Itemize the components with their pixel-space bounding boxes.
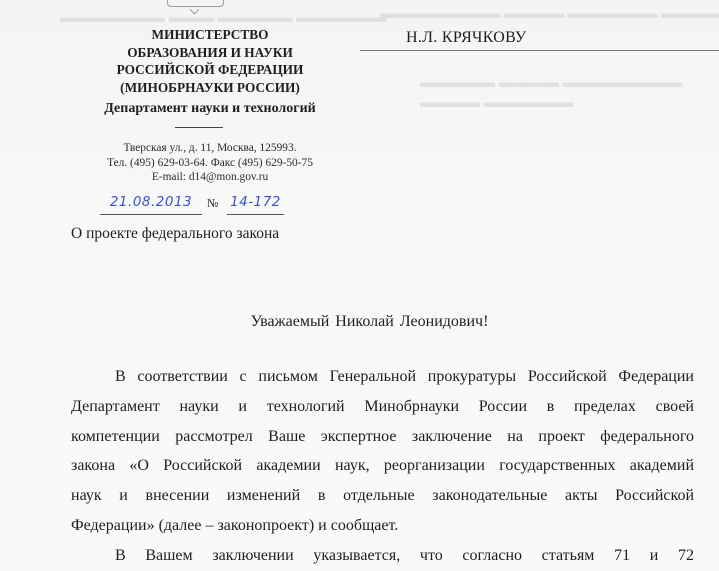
recipient-name: Н.Л. КРЯЧКОВУ (406, 29, 526, 47)
bleed-through-text: ▬▬▬▬▬▬ ▬▬▬▬ (420, 95, 574, 112)
salutation: Уважаемый Николай Леонидович! (0, 313, 719, 331)
registration-number: 14-172 (227, 192, 284, 215)
address-line: Тверская ул., д. 11, Москва, 125993. (60, 141, 360, 156)
document-page: ▬▬▬▬ ▬▬▬▬▬▬ ▬▬▬▬ ▬▬▬▬▬▬▬▬ ▬▬▬▬▬▬ ▬▬▬▬▬ ▬… (0, 0, 719, 571)
body-line: Департамент науки и технологий Минобрнау… (71, 392, 694, 422)
ministry-line: РОССИЙСКОЙ ФЕДЕРАЦИИ (60, 61, 360, 79)
letter-subject: О проекте федерального закона (71, 225, 279, 243)
ministry-line: (МИНОБРНАУКИ РОССИИ) (60, 79, 360, 97)
ministry-line: ОБРАЗОВАНИЯ И НАУКИ (60, 44, 360, 62)
registration-number-label: № (207, 192, 218, 214)
bleed-through-text: ▬▬▬▬▬▬ ▬▬▬▬▬ ▬▬▬ ▬▬▬▬▬▬▬ (60, 10, 386, 27)
body-line: Федерации» (далее – законопроект) и сооб… (71, 511, 694, 541)
ministry-line: МИНИСТЕРСТВО (60, 26, 360, 44)
bleed-through-text: ▬▬▬▬ ▬▬▬▬▬▬ ▬▬▬▬ ▬▬▬▬▬▬▬▬ (380, 6, 719, 23)
department-name: Департамент науки и технологий (55, 101, 365, 117)
ministry-name: МИНИСТЕРСТВО ОБРАЗОВАНИЯ И НАУКИ РОССИЙС… (60, 26, 360, 96)
body-line: В Вашем заключении указывается, что согл… (71, 541, 694, 571)
body-line: компетенции рассмотрел Ваше экспертное з… (71, 422, 694, 452)
recipient-divider (360, 50, 719, 51)
address-block: Тверская ул., д. 11, Москва, 125993. Тел… (60, 141, 360, 185)
registration-date: 21.08.2013 (100, 192, 202, 215)
department-divider (175, 127, 223, 128)
body-line: наук и внесении изменений в отдельные за… (71, 481, 694, 511)
phone-line: Тел. (495) 629-03-64. Факс (495) 629-50-… (60, 156, 360, 171)
body-line: закона «О Российской академии наук, реор… (71, 451, 694, 481)
body-line: В соответствии с письмом Генеральной про… (71, 362, 694, 392)
email-line: E-mail: d14@mon.gov.ru (60, 170, 360, 185)
letter-body: В соответствии с письмом Генеральной про… (71, 362, 694, 571)
bleed-through-text: ▬▬▬▬▬▬▬▬ ▬▬▬▬ ▬▬▬▬▬ (420, 75, 683, 92)
